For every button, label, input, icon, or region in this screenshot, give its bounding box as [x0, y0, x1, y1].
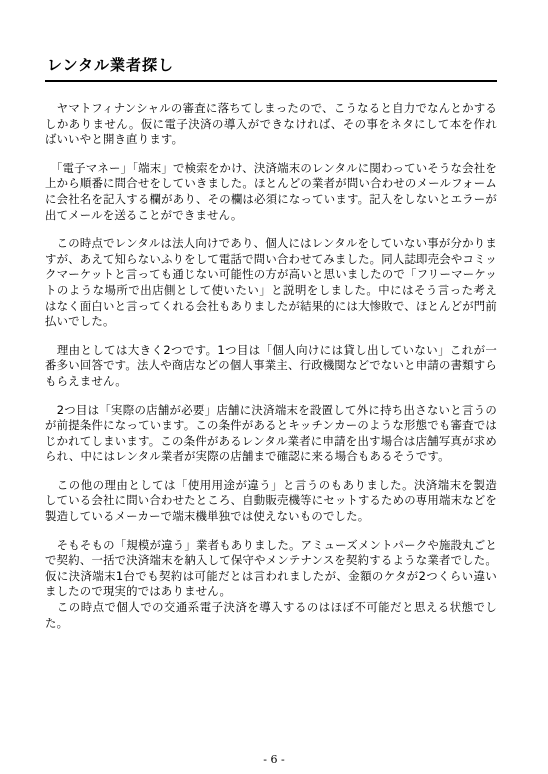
page-number: - 6 -	[0, 753, 548, 766]
paragraph: この時点でレンタルは法人向けであり、個人にはレンタルをしていない事が分かりますが…	[45, 236, 497, 330]
paragraph: 理由としては大きく2つです。1つ目は「個人向けには貸し出していない」これが一番多…	[45, 343, 497, 390]
section-title: レンタル業者探し	[45, 54, 497, 82]
paragraph: この時点で個人での交通系電子決済を導入するのはほぼ不可能だと思える状態でした。	[45, 600, 497, 631]
paragraph: 「電子マネー」「端末」で検索をかけ、決済端末のレンタルに関わっていそうな会社を上…	[45, 161, 497, 223]
page-content: レンタル業者探し ヤマトフィナンシャルの審査に落ちてしまったので、こうなると自力…	[45, 54, 497, 631]
paragraph: そもそもの「規模が違う」業者もありました。アミューズメントパークや施設丸ごとで契…	[45, 538, 497, 600]
paragraph: 2つ目は「実際の店舗が必要」店舗に決済端末を設置して外に持ち出さないと言うのが前…	[45, 403, 497, 465]
paragraph: ヤマトフィナンシャルの審査に落ちてしまったので、こうなると自力でなんとかするしか…	[45, 101, 497, 148]
document-page: レンタル業者探し ヤマトフィナンシャルの審査に落ちてしまったので、こうなると自力…	[0, 0, 548, 774]
paragraph: この他の理由としては「使用用途が違う」と言うのもありました。決済端末を製造してい…	[45, 478, 497, 525]
